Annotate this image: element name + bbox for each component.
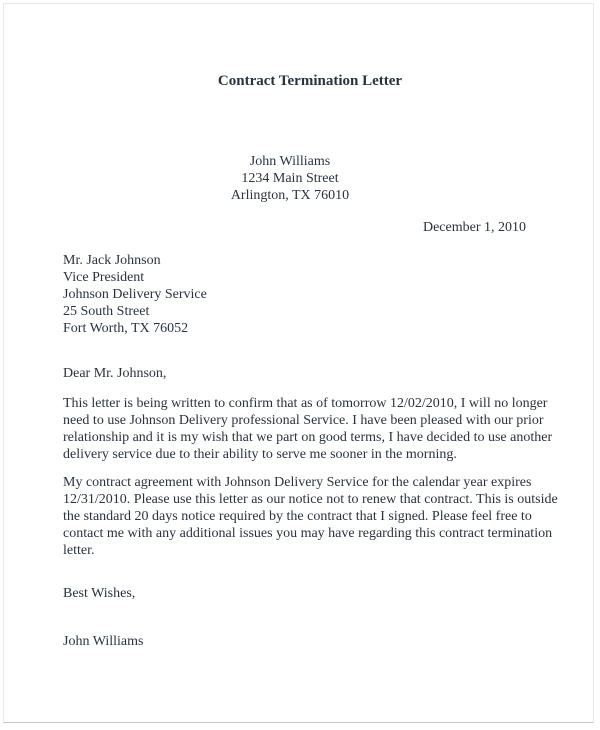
date-line: December 1, 2010 — [63, 219, 526, 236]
letter-page: Contract Termination Letter John William… — [3, 3, 594, 723]
salutation: Dear Mr. Johnson, — [63, 365, 583, 382]
closing: Best Wishes, — [63, 585, 583, 602]
body-paragraph-2: My contract agreement with Johnson Deliv… — [63, 474, 583, 559]
recipient-address-block: Mr. Jack Johnson Vice President Johnson … — [63, 252, 583, 337]
page-title: Contract Termination Letter — [63, 73, 557, 90]
signature-name: John Williams — [63, 633, 583, 650]
body-paragraph-1: This letter is being written to confirm … — [63, 395, 583, 463]
sender-address-block: John Williams 1234 Main Street Arlington… — [63, 153, 517, 204]
